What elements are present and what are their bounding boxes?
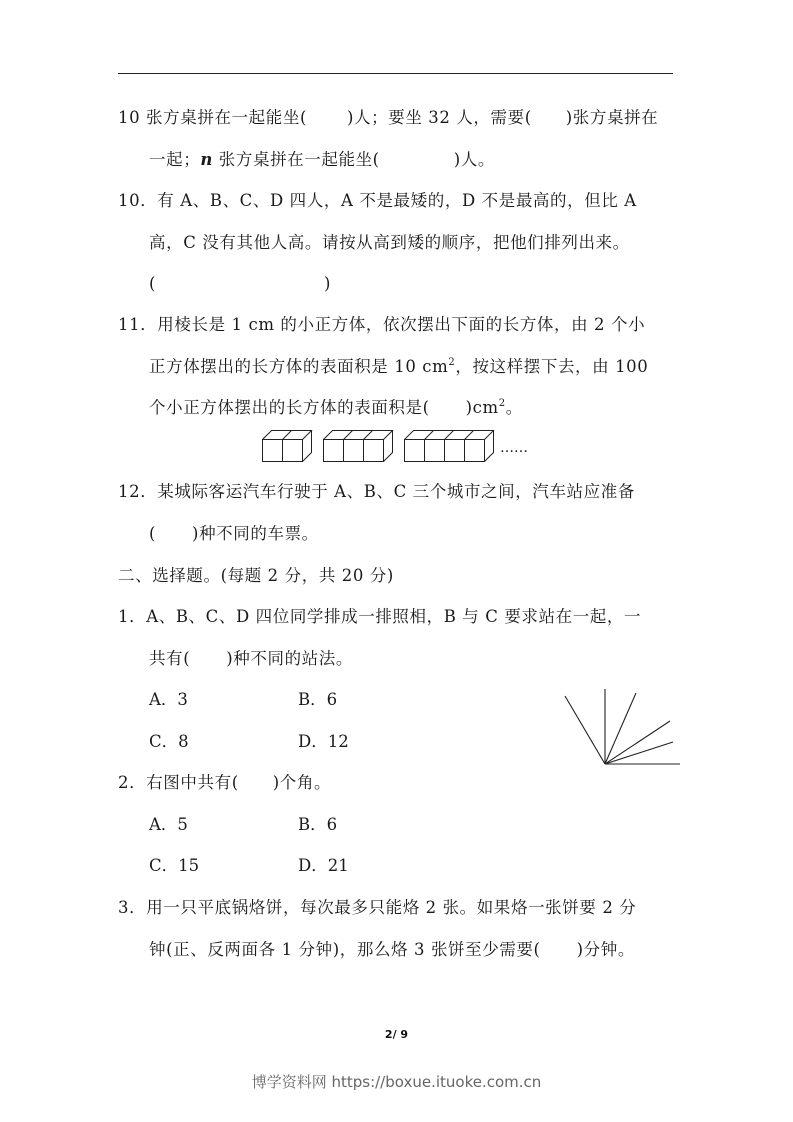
cube-rows-icon [262, 430, 502, 464]
mc3-line1: 3．用一只平底锅烙饼，每次最多只能烙 2 张。如果烙一张饼要 2 分 [118, 898, 636, 918]
q9-text-c: )张方桌拼在 [566, 108, 659, 127]
q9-text-a: 10 张方桌拼在一起能坐( [118, 108, 307, 127]
mc2-text-b: )个角。 [273, 773, 331, 792]
q12-line2: ()种不同的车票。 [149, 524, 319, 544]
q12-text: )种不同的车票。 [192, 524, 319, 543]
superscript: 2 [499, 398, 506, 409]
q9-line2: 一起；n 张方桌拼在一起能坐()人。 [149, 150, 495, 170]
q11-text-c: 个小正方体摆出的长方体的表面积是( [149, 398, 430, 417]
mc2-option-c[interactable]: C．15 [149, 856, 199, 876]
ellipsis: …… [500, 440, 528, 456]
q10-line2: 高，C 没有其他人高。请按从高到矮的顺序，把他们排列出来。 [149, 233, 630, 253]
mc2-option-b[interactable]: B．6 [298, 815, 337, 835]
rays-angle-icon [560, 684, 685, 769]
mc1-option-a[interactable]: A．3 [149, 690, 188, 710]
mc1-line2: 共有()种不同的站法。 [149, 649, 353, 669]
header-rule [118, 73, 673, 74]
mc1-option-b[interactable]: B．6 [298, 690, 337, 710]
q10-answer: () [149, 274, 331, 294]
mc3-line2: 钟(正、反两面各 1 分钟)，那么烙 3 张饼至少需要()分钟。 [149, 940, 635, 960]
mc2-text-a: 2．右图中共有( [118, 773, 239, 792]
q11-line2: 正方体摆出的长方体的表面积是 10 cm2，按这样摆下去，由 100 [149, 357, 648, 377]
mc1-text-a: 共有( [149, 649, 190, 668]
mc2-option-a[interactable]: A．5 [149, 815, 188, 835]
q12-line1: 12．某城际客运汽车行驶于 A、B、C 三个城市之间，汽车站应准备 [118, 482, 635, 502]
q10-line1: 10．有 A、B、C、D 四人，A 不是最矮的，D 不是最高的，但比 A [118, 191, 637, 211]
paren-close: ) [324, 274, 331, 293]
mc1-option-d[interactable]: D．12 [298, 732, 349, 752]
watermark: 博学资料网 https://boxue.ituoke.com.cn [0, 1071, 793, 1092]
mc2-line1: 2．右图中共有()个角。 [118, 773, 331, 793]
mc1-option-c[interactable]: C．8 [149, 732, 189, 752]
q11-line3: 个小正方体摆出的长方体的表面积是()cm2。 [149, 398, 523, 418]
mc1-line1: 1．A、B、C、D 四位同学排成一排照相，B 与 C 要求站在一起，一 [118, 607, 641, 627]
q9-text-f: )人。 [454, 150, 495, 169]
q11-line1: 11．用棱长是 1 cm 的小正方体，依次摆出下面的长方体，由 2 个小 [118, 315, 645, 335]
q11-text-a: 正方体摆出的长方体的表面积是 10 cm [149, 357, 448, 376]
q11-text-e: 。 [506, 398, 523, 417]
page-number: 2/ 9 [0, 1028, 793, 1041]
cuboid-figure [262, 430, 502, 468]
q11-text-d: )cm [466, 398, 499, 417]
q9-text-b: )人；要坐 32 人，需要( [347, 108, 532, 127]
q11-text-b: ，按这样摆下去，由 100 [455, 357, 648, 376]
paren-open: ( [149, 274, 156, 293]
mc2-option-d[interactable]: D．21 [298, 856, 349, 876]
q9-text-d: 一起； [149, 150, 200, 169]
paren-open: ( [149, 524, 156, 543]
q9-line1: 10 张方桌拼在一起能坐()人；要坐 32 人，需要()张方桌拼在 [118, 108, 658, 128]
mc3-text-a: 钟(正、反两面各 1 分钟)，那么烙 3 张饼至少需要( [149, 940, 541, 959]
mc1-text-b: )种不同的站法。 [226, 649, 353, 668]
angle-figure [560, 684, 685, 773]
section-heading: 二、选择题。(每题 2 分，共 20 分) [118, 566, 394, 586]
q9-text-e: 张方桌拼在一起能坐( [213, 150, 380, 169]
q9-variable-n: n [200, 150, 213, 169]
mc3-text-b: )分钟。 [577, 940, 635, 959]
